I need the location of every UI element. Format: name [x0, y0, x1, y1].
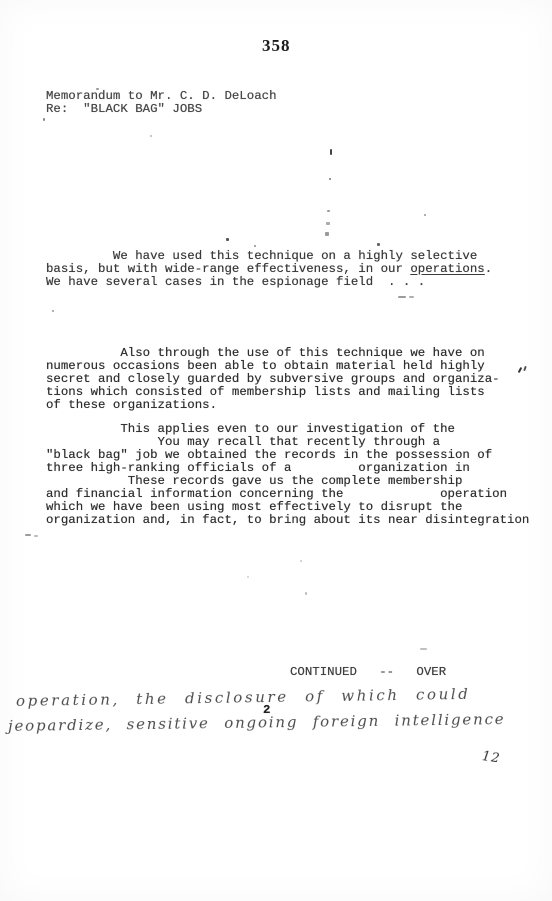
paragraph-2: Also through the use of this technique w… — [46, 347, 500, 412]
scan-speck — [254, 245, 256, 247]
scan-speck — [247, 576, 249, 578]
handwritten-annotation-line-2: jeopardize, sensitive ongoing foreign in… — [8, 710, 506, 735]
paragraph-1-line-1: We have used this technique on a highly … — [46, 249, 477, 263]
scan-speck — [52, 310, 54, 312]
page-number-stamp: 358 — [262, 36, 291, 56]
scan-speck — [330, 149, 332, 155]
header-to-line: Memorandum to Mr. C. D. DeLoach — [46, 89, 277, 103]
scan-speck — [96, 88, 99, 90]
scan-speck — [25, 534, 31, 536]
scan-speck — [424, 214, 426, 216]
paragraph-1-line-2-period: . — [485, 262, 492, 276]
scan-speck — [327, 210, 330, 212]
scan-speck — [150, 135, 152, 137]
scan-speck — [329, 178, 331, 180]
scan-speck — [43, 118, 45, 121]
paragraph-1-line-2-text: basis, but with wide-range effectiveness… — [46, 262, 410, 276]
header-re-line: Re: "BLACK BAG" JOBS — [46, 102, 202, 116]
scan-speck — [377, 243, 380, 246]
scan-speck — [34, 535, 38, 537]
scan-speck — [326, 222, 330, 225]
handwritten-page-mark: 12 — [481, 749, 501, 766]
paragraph-1-line-3: We have several cases in the espionage f… — [46, 275, 425, 289]
scan-speck — [398, 296, 406, 298]
scan-speck — [409, 296, 414, 298]
paragraph-1-line-2: basis, but with wide-range effectiveness… — [46, 262, 492, 276]
scan-speck — [300, 560, 302, 562]
memo-header: Memorandum to Mr. C. D. DeLoachRe: "BLAC… — [46, 90, 277, 116]
handwritten-annotation-line-1: operation, the disclosure of which could — [16, 685, 471, 710]
tick-mark — [523, 366, 527, 371]
scan-speck — [325, 232, 329, 236]
scan-speck — [305, 592, 307, 595]
tick-mark — [518, 367, 523, 373]
underlined-word-operations: operations — [410, 262, 484, 276]
paragraph-1: We have used this technique on a highly … — [46, 250, 492, 289]
continued-over-line: CONTINUED -- OVER — [290, 666, 446, 679]
memo-page: 358 Memorandum to Mr. C. D. DeLoachRe: "… — [0, 0, 552, 901]
scan-speck — [420, 648, 427, 650]
scan-speck — [226, 238, 229, 241]
paragraph-3: This applies even to our investigation o… — [46, 423, 529, 527]
